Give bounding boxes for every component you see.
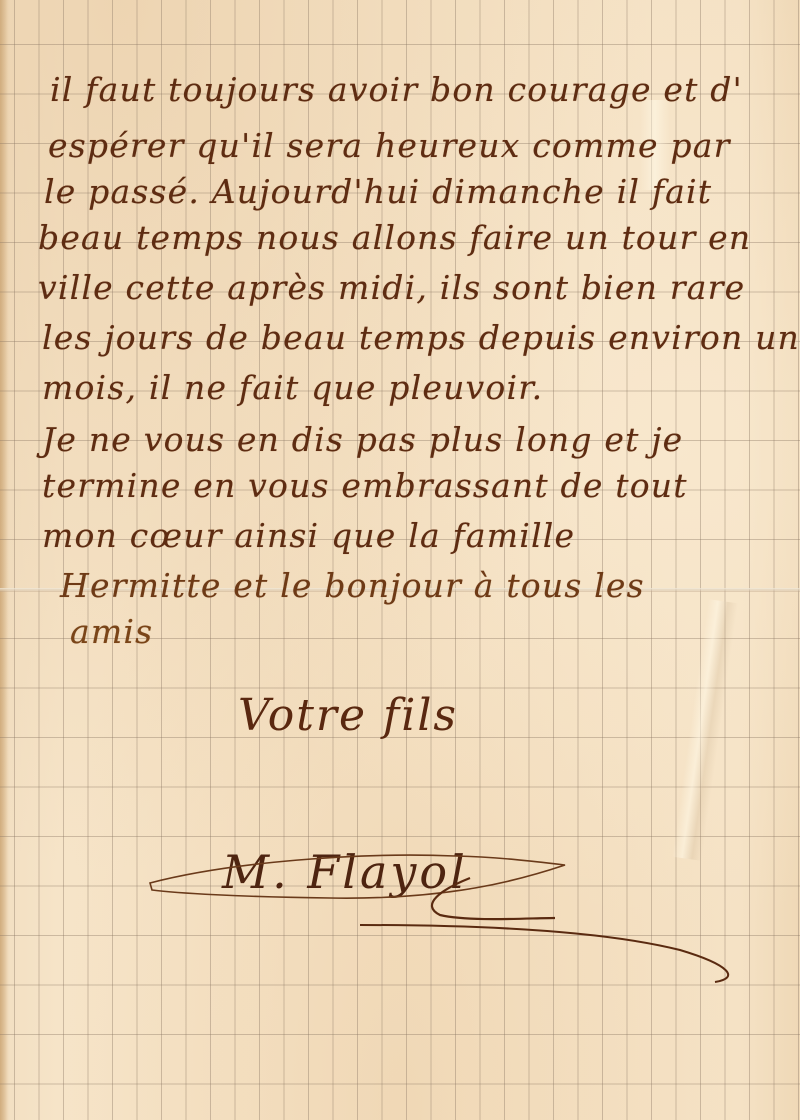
signature-flourish-icon xyxy=(0,0,800,1120)
letter-page: il faut toujours avoir bon courage et d'… xyxy=(0,0,800,1120)
letter-signature: M. Flayol xyxy=(222,845,468,899)
letter-body: il faut toujours avoir bon courage et d'… xyxy=(0,0,800,1120)
letter-line: le passé. Aujourd'hui dimanche il fait xyxy=(44,172,712,211)
letter-line: Je ne vous en dis pas plus long et je xyxy=(42,420,683,459)
letter-line: les jours de beau temps depuis environ u… xyxy=(42,318,800,357)
letter-line: espérer qu'il sera heureux comme par xyxy=(48,126,731,165)
letter-line: mois, il ne fait que pleuvoir. xyxy=(42,368,543,407)
letter-line: Hermitte et le bonjour à tous les xyxy=(60,566,645,605)
letter-line: ville cette après midi, ils sont bien ra… xyxy=(38,268,745,307)
letter-line: il faut toujours avoir bon courage et d' xyxy=(50,70,743,109)
letter-line: termine en vous embrassant de tout xyxy=(42,466,688,505)
letter-line: beau temps nous allons faire un tour en xyxy=(38,218,751,257)
letter-closing: Votre fils xyxy=(238,690,458,741)
letter-line: amis xyxy=(70,612,153,651)
letter-line: mon cœur ainsi que la famille xyxy=(42,516,575,555)
